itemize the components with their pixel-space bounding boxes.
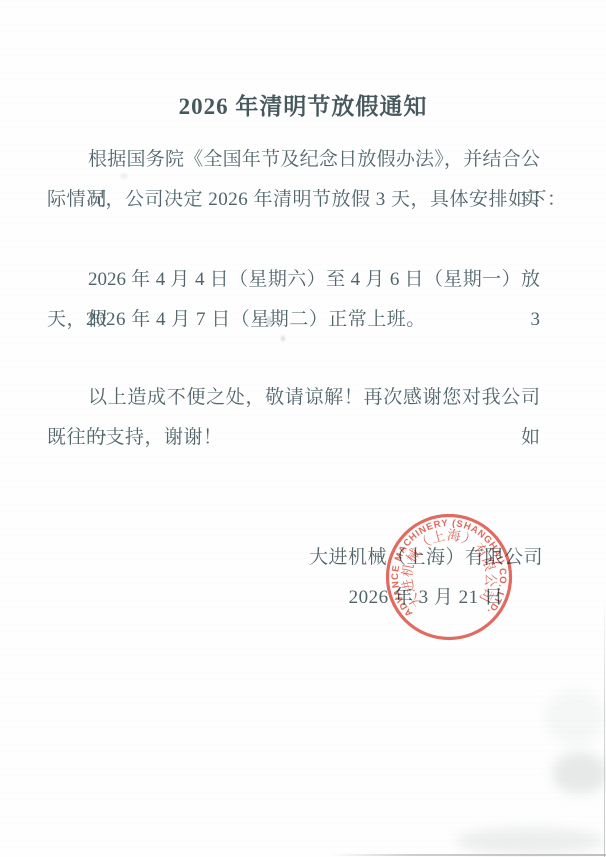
paragraph-intro: 根据国务院《全国年节及纪念日放假办法》，并结合公司实 际情况，公司决定 2026…	[47, 140, 540, 220]
company-name: 大进机械（上海）有限公司	[309, 538, 543, 578]
scan-bottom-edge-line	[330, 854, 606, 856]
text-line: 际情况，公司决定 2026 年清明节放假 3 天，具体安排如下：	[47, 180, 540, 220]
scan-speck	[120, 173, 128, 179]
paragraph-apology: 以上造成不便之处，敬请谅解！再次感谢您对我公司一如 既往的支持，谢谢！	[47, 378, 540, 458]
scan-shadow-bottom	[455, 828, 605, 854]
paragraph-schedule: 2026 年 4 月 4 日（星期六）至 4 月 6 日（星期一）放假 3 天，…	[47, 260, 540, 340]
text-line: 2026 年 4 月 4 日（星期六）至 4 月 6 日（星期一）放假 3	[47, 260, 540, 300]
scan-speck	[266, 316, 272, 326]
scan-shadow-corner	[552, 752, 606, 794]
scan-shadow-right	[545, 690, 605, 745]
notice-title: 2026 年清明节放假通知	[0, 87, 606, 127]
scan-right-edge-line	[604, 595, 605, 857]
signature-date: 2026 年 3 月 21 日	[309, 578, 543, 618]
signature-block: 大进机械（上海）有限公司 2026 年 3 月 21 日	[309, 538, 543, 618]
scan-speck	[281, 336, 285, 341]
scanned-notice-page: 2026 年清明节放假通知 根据国务院《全国年节及纪念日放假办法》，并结合公司实…	[0, 0, 606, 857]
text-line: 以上造成不便之处，敬请谅解！再次感谢您对我公司一如	[47, 378, 540, 418]
